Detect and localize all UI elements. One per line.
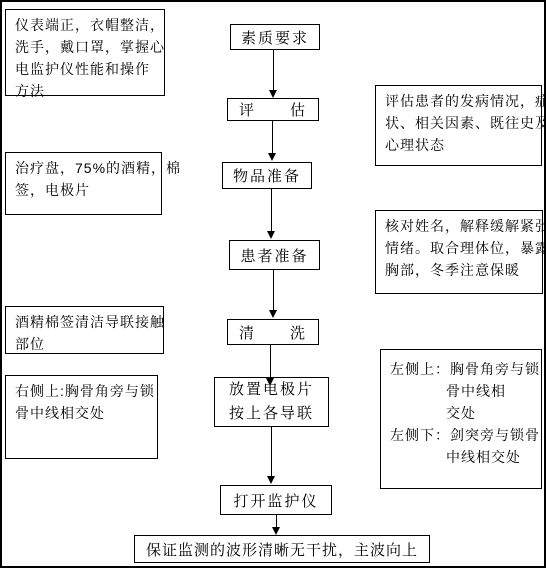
arrow-shaft [271,427,272,477]
step-label: 保证监测的波形清晰无干扰，主波向上 [146,539,418,560]
step-box-patient-prep: 患者准备 [229,240,320,270]
annotation-line: 部位 [15,333,155,355]
step-label: 清 洗 [239,322,307,343]
annotation-line: 心理状态 [385,134,533,156]
flow-arrow-clean-to-electrodes [266,345,275,386]
arrow-head-icon [267,476,275,484]
step-box-supplies: 物品准备 [222,162,312,189]
annotation-box-assess-detail: 评估患者的发病情况，症 状、相关因素、既往史及 心理状态 [375,85,542,166]
arrow-head-icon [269,90,277,98]
step-label: 按上各导联 [229,402,314,426]
flow-arrow-poweron-to-ensure [272,515,281,535]
arrow-shaft [271,189,272,232]
flow-arrow-patient-to-clean [269,270,278,318]
step-box-clean: 清 洗 [227,319,319,345]
annotation-box-clean-detail: 酒精棉签清洁导联接触 部位 [5,306,164,354]
arrow-head-icon [272,527,280,535]
step-label: 患者准备 [240,245,308,266]
annotation-line: 左侧上：胸骨角旁与锁 [390,358,533,380]
annotation-line: 仪表端正，衣帽整洁， [15,14,156,36]
step-box-assess: 评 估 [227,98,319,121]
arrow-shaft [273,50,274,91]
annotation-box-left-leads: 左侧上：胸骨角旁与锁 骨中线相 交处 左侧下：剑突旁与锁骨 中线相交处 [380,349,542,489]
flow-arrow-supplies-to-patient [267,189,276,239]
arrow-head-icon [268,153,276,161]
annotation-line: 骨中线相交处 [15,402,149,424]
flow-arrow-electrodes-to-poweron [267,427,276,484]
step-box-ensure-waveform: 保证监测的波形清晰无干扰，主波向上 [134,535,430,563]
flow-arrow-quality-to-assess [269,50,278,98]
annotation-box-supplies-detail: 治疗盘，75%的酒精，棉 签，电极片 [5,152,162,215]
step-label: 打开监护仪 [233,490,318,511]
step-box-power-on: 打开监护仪 [220,485,332,515]
annotation-line: 方法 [15,80,156,102]
annotation-line: 洗手，戴口罩，掌握心 [15,36,156,58]
annotation-line: 评估患者的发病情况，症 [385,90,533,112]
arrow-shaft [270,345,271,379]
annotation-line: 交处 [390,402,533,424]
annotation-line: 情绪。取合理体位，暴露 [385,237,534,259]
flow-arrow-assess-to-supplies [268,121,277,161]
annotation-line: 核对姓名，解释缓解紧张 [385,215,534,237]
annotation-line: 中线相交处 [390,446,533,468]
annotation-line: 状、相关因素、既往史及 [385,112,533,134]
step-label: 素质要求 [241,27,309,48]
arrow-shaft [272,121,273,154]
step-label: 物品准备 [233,165,301,186]
flowchart-page: 仪表端正，衣帽整洁， 洗手，戴口罩，掌握心 电监护仪性能和操作 方法 素质要求 … [0,0,546,568]
annotation-box-right-upper-lead: 右侧上:胸骨角旁与锁 骨中线相交处 [5,375,158,459]
step-box-quality: 素质要求 [230,24,320,50]
arrow-head-icon [266,378,274,386]
arrow-head-icon [269,310,277,318]
annotation-line: 治疗盘，75%的酒精，棉 [15,157,153,179]
annotation-line: 右侧上:胸骨角旁与锁 [15,380,149,402]
annotation-line: 左侧下：剑突旁与锁骨 [390,424,533,446]
arrow-head-icon [267,231,275,239]
annotation-line: 电监护仪性能和操作 [15,58,156,80]
annotation-line: 签，电极片 [15,179,153,201]
step-label: 评 估 [239,99,307,120]
annotation-line: 骨中线相 [390,380,533,402]
annotation-line: 胸部，冬季注意保暖 [385,259,534,281]
annotation-box-appearance: 仪表端正，衣帽整洁， 洗手，戴口罩，掌握心 电监护仪性能和操作 方法 [5,9,165,96]
annotation-line: 酒精棉签清洁导联接触 [15,311,155,333]
arrow-shaft [273,270,274,311]
annotation-box-patient-detail: 核对姓名，解释缓解紧张 情绪。取合理体位，暴露 胸部，冬季注意保暖 [375,210,543,294]
